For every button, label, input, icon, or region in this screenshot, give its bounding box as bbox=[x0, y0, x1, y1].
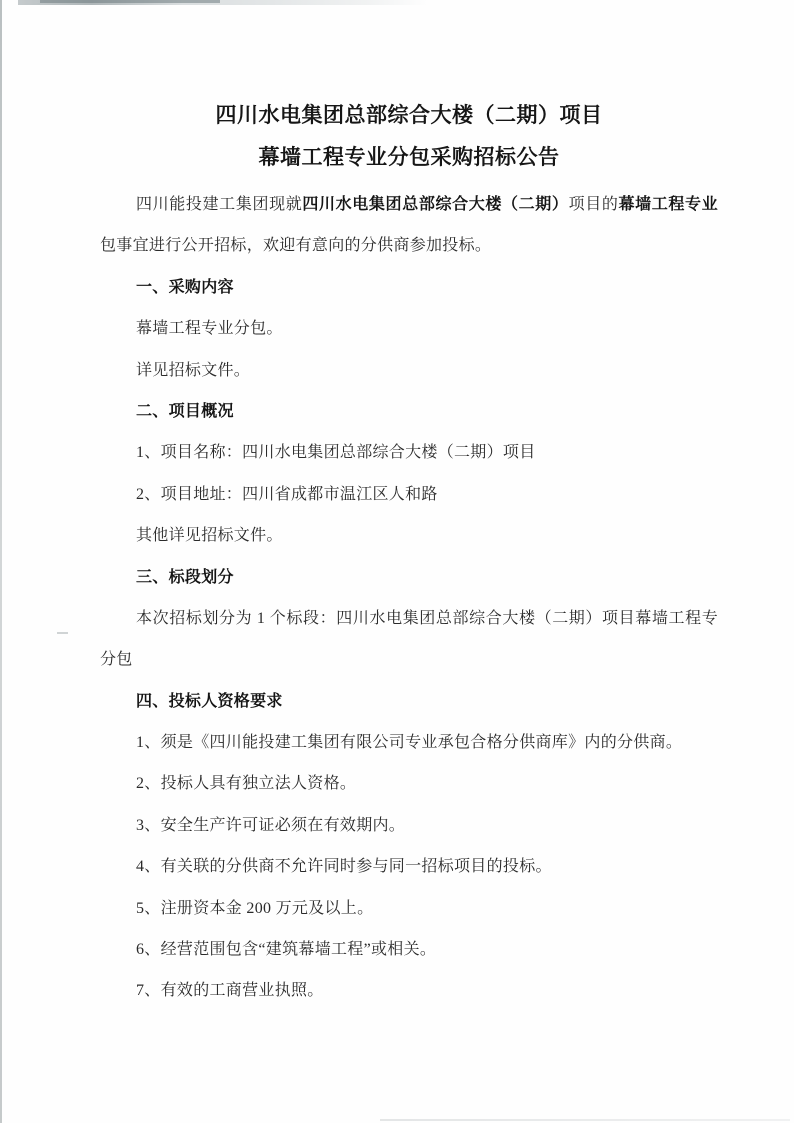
body-text: 3、安全生产许可证必须在有效期内。 bbox=[136, 817, 405, 834]
scanned-document-page: 四川水电集团总部综合大楼（二期）项目 幕墙工程专业分包采购招标公告 四川能投建工… bbox=[0, 0, 794, 1123]
paragraph-line: 分包 bbox=[100, 639, 718, 680]
paragraph-line: 详见招标文件。 bbox=[100, 350, 718, 391]
body-text: 2、项目地址：四川省成都市温江区人和路 bbox=[136, 486, 438, 503]
scan-artifact-top-edge bbox=[18, 0, 428, 5]
paragraph-line: 2、项目地址：四川省成都市温江区人和路 bbox=[100, 474, 718, 515]
paragraph-line: 幕墙工程专业分包。 bbox=[100, 308, 718, 349]
paragraph-line: 2、投标人具有独立法人资格。 bbox=[100, 763, 718, 804]
body-text: 详见招标文件。 bbox=[136, 362, 250, 379]
paragraph-line: 7、有效的工商营业执照。 bbox=[100, 970, 718, 1011]
paragraph-line: 本次招标划分为 1 个标段：四川水电集团总部综合大楼（二期）项目幕墙工程专业 bbox=[100, 598, 718, 639]
emphasis-text: 四川水电集团总部综合大楼（二期） bbox=[302, 196, 568, 213]
paragraph-line: 四川能投建工集团现就四川水电集团总部综合大楼（二期）项目的幕墙工程专业分 bbox=[100, 184, 718, 225]
body-text: 1、须是《四川能投建工集团有限公司专业承包合格分供商库》内的分供商。 bbox=[136, 734, 682, 751]
paragraph-line: 4、有关联的分供商不允许同时参与同一招标项目的投标。 bbox=[100, 846, 718, 887]
scan-artifact-top-streak bbox=[40, 0, 220, 3]
paragraph-line: 包事宜进行公开招标，欢迎有意向的分供商参加投标。 bbox=[100, 225, 718, 266]
body-text: 4、有关联的分供商不允许同时参与同一招标项目的投标。 bbox=[136, 858, 552, 875]
paragraph-line: 1、须是《四川能投建工集团有限公司专业承包合格分供商库》内的分供商。 bbox=[100, 722, 718, 763]
paragraph-line: 3、安全生产许可证必须在有效期内。 bbox=[100, 805, 718, 846]
body-text: 幕墙工程专业分包。 bbox=[136, 320, 283, 337]
body-text: 1、项目名称：四川水电集团总部综合大楼（二期）项目 bbox=[136, 444, 536, 461]
paragraph-line: 6、经营范围包含“建筑幕墙工程”或相关。 bbox=[100, 929, 718, 970]
scan-artifact-bottom-edge bbox=[380, 1119, 790, 1121]
body-text: 5、注册资本金 200 万元及以上。 bbox=[136, 900, 373, 917]
body-text: 2、投标人具有独立法人资格。 bbox=[136, 775, 356, 792]
paragraph-line: 5、注册资本金 200 万元及以上。 bbox=[100, 888, 718, 929]
paragraph-line: 1、项目名称：四川水电集团总部综合大楼（二期）项目 bbox=[100, 432, 718, 473]
scan-artifact-left-edge bbox=[0, 0, 2, 1123]
body-text: 其他详见招标文件。 bbox=[136, 527, 283, 544]
body-text: 6、经营范围包含“建筑幕墙工程”或相关。 bbox=[136, 941, 436, 958]
body-text: 本次招标划分为 1 个标段：四川水电集团总部综合大楼（二期）项目幕墙工程专业 bbox=[100, 610, 718, 639]
body-text: 四川能投建工集团现就 bbox=[136, 196, 302, 213]
section-heading: 一、采购内容 bbox=[100, 267, 718, 308]
section-heading: 二、项目概况 bbox=[100, 391, 718, 432]
document-content: 四川水电集团总部综合大楼（二期）项目 幕墙工程专业分包采购招标公告 四川能投建工… bbox=[100, 94, 718, 1012]
section-heading: 四、投标人资格要求 bbox=[100, 681, 718, 722]
body-text: 7、有效的工商营业执照。 bbox=[136, 982, 324, 999]
document-title-line-1: 四川水电集团总部综合大楼（二期）项目 bbox=[100, 94, 718, 136]
body-text: 包事宜进行公开招标，欢迎有意向的分供商参加投标。 bbox=[100, 237, 491, 254]
body-text: 分包 bbox=[100, 651, 133, 668]
section-heading: 三、标段划分 bbox=[100, 557, 718, 598]
body-text: 项目的 bbox=[569, 196, 619, 213]
scan-artifact-dash bbox=[57, 632, 68, 634]
document-title-line-2: 幕墙工程专业分包采购招标公告 bbox=[100, 136, 718, 178]
paragraph-line: 其他详见招标文件。 bbox=[100, 515, 718, 556]
document-body: 四川能投建工集团现就四川水电集团总部综合大楼（二期）项目的幕墙工程专业分包事宜进… bbox=[100, 184, 718, 1012]
